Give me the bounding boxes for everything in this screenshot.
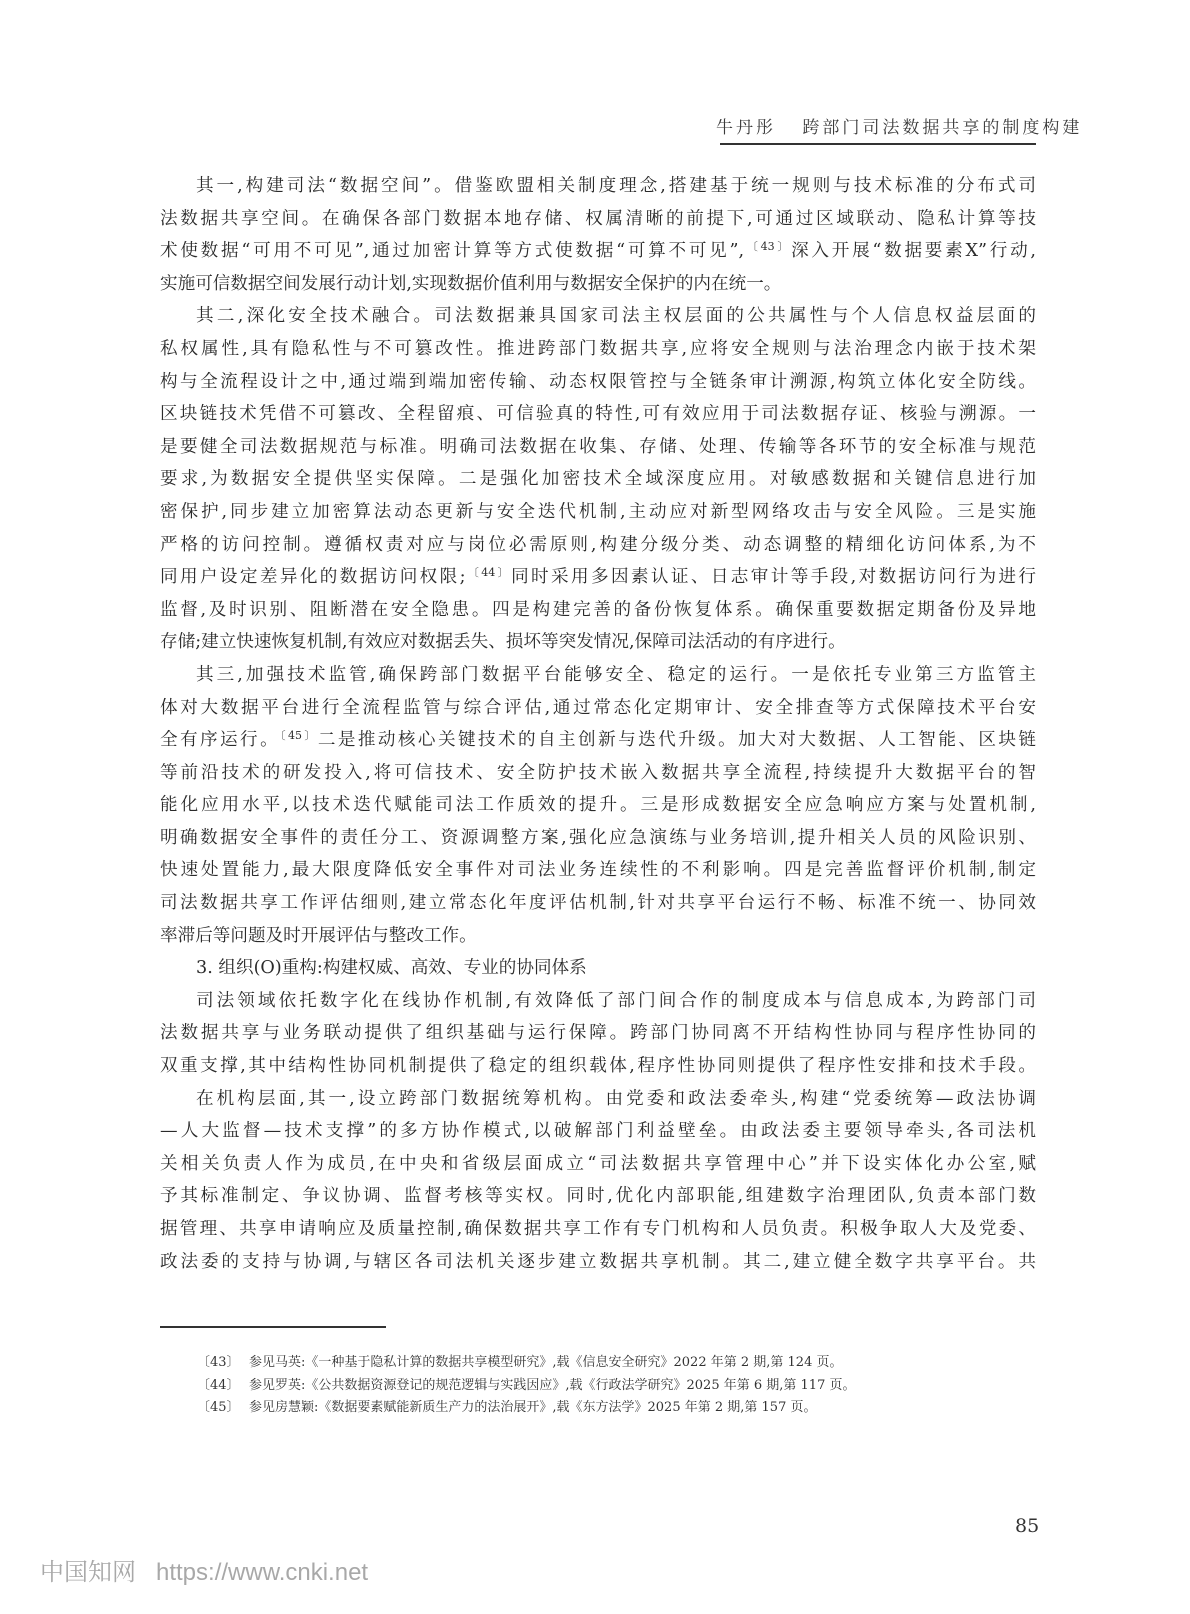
text-line: 存储;建立快速恢复机制,有效应对数据丢失、损坏等突发情况,保障司法活动的有序进行… bbox=[160, 626, 1036, 659]
text-line: 在机构层面,其一,设立跨部门数据统筹机构。由党委和政法委牵头,构建“党委统筹—政… bbox=[160, 1083, 1036, 1116]
text-span: 法数据共享与业务联动提供了组织基础与运行保障。跨部门协同离不开结构性协同与程序性… bbox=[160, 1023, 1036, 1043]
footnotes: 〔43〕参见马英:《一种基于隐私计算的数据共享模型研究》,载《信息安全研究》20… bbox=[197, 1352, 957, 1420]
text-line: 严格的访问控制。遵循权责对应与岗位必需原则,构建分级分类、动态调整的精细化访问体… bbox=[160, 529, 1036, 562]
text-line: 能化应用水平,以技术迭代赋能司法工作质效的提升。三是形成数据安全应急响应方案与处… bbox=[160, 789, 1036, 822]
text-line: 司法领域依托数字化在线协作机制,有效降低了部门间合作的制度成本与信息成本,为跨部… bbox=[160, 985, 1036, 1018]
text-line: 密保护,同步建立加密算法动态更新与安全迭代机制,主动应对新型网络攻击与安全风险。… bbox=[160, 496, 1036, 529]
text-span: 双重支撑,其中结构性协同机制提供了稳定的组织载体,程序性协同则提供了程序性安排和… bbox=[160, 1056, 1036, 1076]
text-span: 司法领域依托数字化在线协作机制,有效降低了部门间合作的制度成本与信息成本,为跨部… bbox=[196, 991, 1036, 1011]
text-line: 司法数据共享工作评估细则,建立常态化年度评估机制,针对共享平台运行不畅、标准不统… bbox=[160, 887, 1036, 920]
text-span: 全有序运行。 bbox=[160, 730, 280, 750]
watermark-name: 中国知网 bbox=[40, 1559, 136, 1586]
text-line: 双重支撑,其中结构性协同机制提供了稳定的组织载体,程序性协同则提供了程序性安排和… bbox=[160, 1050, 1036, 1083]
text-span: 关相关负责人作为成员,在中央和省级层面成立“司法数据共享管理中心”并下设实体化办… bbox=[160, 1154, 1036, 1174]
footnote-number: 〔45〕 bbox=[197, 1397, 249, 1420]
running-head-title: 跨部门司法数据共享的制度构建 bbox=[802, 118, 1082, 138]
footnote-rule bbox=[160, 1326, 386, 1328]
text-span: 私权属性,具有隐私性与不可篡改性。推进跨部门数据共享,应将安全规则与法治理念内嵌… bbox=[160, 339, 1036, 359]
text-span: —人大监督—技术支撑”的多方协作模式,以破解部门利益壁垒。由政法委主要领导牵头,… bbox=[160, 1121, 1036, 1141]
text-line: 予其标准制定、争议协调、监督考核等实权。同时,优化内部职能,组建数字治理团队,负… bbox=[160, 1180, 1036, 1213]
text-line: 其一,构建司法“数据空间”。借鉴欧盟相关制度理念,搭建基于统一规则与技术标准的分… bbox=[160, 170, 1036, 203]
watermark: 中国知网https://www.cnki.net bbox=[40, 1552, 368, 1587]
text-span: 同时采用多因素认证、日志审计等手段,对数据访问行为进行 bbox=[511, 567, 1036, 587]
text-span: 其二,深化安全技术融合。司法数据兼具国家司法主权层面的公共属性与个人信息权益层面… bbox=[196, 306, 1036, 326]
text-line: 术使数据“可用不可见”,通过加密计算等方式使数据“可算不可见”,〔43〕深入开展… bbox=[160, 235, 1036, 268]
text-span: 予其标准制定、争议协调、监督考核等实权。同时,优化内部职能,组建数字治理团队,负… bbox=[160, 1186, 1036, 1206]
text-line: 要求,为数据安全提供坚实保障。二是强化加密技术全域深度应用。对敏感数据和关键信息… bbox=[160, 463, 1036, 496]
text-span: 等前沿技术的研发投入,将可信技术、安全防护技术嵌入数据共享全流程,持续提升大数据… bbox=[160, 763, 1036, 783]
text-span: 严格的访问控制。遵循权责对应与岗位必需原则,构建分级分类、动态调整的精细化访问体… bbox=[160, 535, 1036, 555]
text-line: 快速处置能力,最大限度降低安全事件对司法业务连续性的不利影响。四是完善监督评价机… bbox=[160, 854, 1036, 887]
text-span: 3. 组织(O)重构:构建权威、高效、专业的协同体系 bbox=[196, 958, 587, 978]
text-line: 3. 组织(O)重构:构建权威、高效、专业的协同体系 bbox=[160, 952, 1036, 985]
watermark-url: https://www.cnki.net bbox=[156, 1559, 368, 1586]
text-span: 其一,构建司法“数据空间”。借鉴欧盟相关制度理念,搭建基于统一规则与技术标准的分… bbox=[196, 176, 1036, 196]
text-line: 据管理、共享申请响应及质量控制,确保数据共享工作有专门机构和人员负责。积极争取人… bbox=[160, 1213, 1036, 1246]
text-span: 明确数据安全事件的责任分工、资源调整方案,强化应急演练与业务培训,提升相关人员的… bbox=[160, 828, 1036, 848]
text-line: 其二,深化安全技术融合。司法数据兼具国家司法主权层面的公共属性与个人信息权益层面… bbox=[160, 300, 1036, 333]
text-line: 体对大数据平台进行全流程监管与综合评估,通过常态化定期审计、安全排查等方式保障技… bbox=[160, 692, 1036, 725]
text-line: 私权属性,具有隐私性与不可篡改性。推进跨部门数据共享,应将安全规则与法治理念内嵌… bbox=[160, 333, 1036, 366]
footnote-item: 〔45〕参见房慧颖:《数据要素赋能新质生产力的法治展开》,载《东方法学》2025… bbox=[197, 1397, 957, 1420]
text-line: 其三,加强技术监管,确保跨部门数据平台能够安全、稳定的运行。一是依托专业第三方监… bbox=[160, 659, 1036, 692]
footnote-text: 参见罗英:《公共数据资源登记的规范逻辑与实践因应》,载《行政法学研究》2025 … bbox=[249, 1378, 855, 1393]
page-number: 85 bbox=[1015, 1515, 1039, 1537]
text-line: 构与全流程设计之中,通过端到端加密传输、动态权限管控与全链条审计溯源,构筑立体化… bbox=[160, 366, 1036, 399]
text-span: 要求,为数据安全提供坚实保障。二是强化加密技术全域深度应用。对敏感数据和关键信息… bbox=[160, 469, 1036, 489]
text-line: 政法委的支持与协调,与辖区各司法机关逐步建立数据共享机制。其二,建立健全数字共享… bbox=[160, 1246, 1036, 1279]
text-span: 实施可信数据空间发展行动计划,实现数据价值利用与数据安全保护的内在统一。 bbox=[160, 274, 781, 294]
text-line: 率滞后等问题及时开展评估与整改工作。 bbox=[160, 920, 1036, 953]
text-span: 深入开展“数据要素X”行动, bbox=[791, 241, 1036, 261]
text-line: 法数据共享空间。在确保各部门数据本地存储、权属清晰的前提下,可通过区域联动、隐私… bbox=[160, 203, 1036, 236]
text-line: 明确数据安全事件的责任分工、资源调整方案,强化应急演练与业务培训,提升相关人员的… bbox=[160, 822, 1036, 855]
text-span: 同用户设定差异化的数据访问权限; bbox=[160, 567, 466, 587]
footnote-number: 〔44〕 bbox=[197, 1375, 249, 1398]
footnote-reference[interactable]: 〔45〕 bbox=[280, 729, 318, 742]
text-span: 率滞后等问题及时开展评估与整改工作。 bbox=[160, 926, 477, 946]
text-line: 关相关负责人作为成员,在中央和省级层面成立“司法数据共享管理中心”并下设实体化办… bbox=[160, 1148, 1036, 1181]
footnote-reference[interactable]: 〔43〕 bbox=[744, 240, 791, 253]
text-span: 密保护,同步建立加密算法动态更新与安全迭代机制,主动应对新型网络攻击与安全风险。… bbox=[160, 502, 1036, 522]
text-span: 构与全流程设计之中,通过端到端加密传输、动态权限管控与全链条审计溯源,构筑立体化… bbox=[160, 372, 1036, 392]
text-line: 同用户设定差异化的数据访问权限;〔44〕同时采用多因素认证、日志审计等手段,对数… bbox=[160, 561, 1036, 594]
text-span: 能化应用水平,以技术迭代赋能司法工作质效的提升。三是形成数据安全应急响应方案与处… bbox=[160, 795, 1036, 815]
footnote-item: 〔44〕参见罗英:《公共数据资源登记的规范逻辑与实践因应》,载《行政法学研究》2… bbox=[197, 1375, 957, 1398]
header-rule bbox=[720, 143, 1036, 145]
text-span: 据管理、共享申请响应及质量控制,确保数据共享工作有专门机构和人员负责。积极争取人… bbox=[160, 1219, 1036, 1239]
text-line: 全有序运行。〔45〕二是推动核心关键技术的自主创新与迭代升级。加大对大数据、人工… bbox=[160, 724, 1036, 757]
text-line: 实施可信数据空间发展行动计划,实现数据价值利用与数据安全保护的内在统一。 bbox=[160, 268, 1036, 301]
text-span: 是要健全司法数据规范与标准。明确司法数据在收集、存储、处理、传输等各环节的安全标… bbox=[160, 437, 1036, 457]
text-span: 在机构层面,其一,设立跨部门数据统筹机构。由党委和政法委牵头,构建“党委统筹—政… bbox=[196, 1089, 1036, 1109]
text-span: 存储;建立快速恢复机制,有效应对数据丢失、损坏等突发情况,保障司法活动的有序进行… bbox=[160, 632, 846, 652]
text-span: 其三,加强技术监管,确保跨部门数据平台能够安全、稳定的运行。一是依托专业第三方监… bbox=[196, 665, 1036, 685]
footnote-item: 〔43〕参见马英:《一种基于隐私计算的数据共享模型研究》,载《信息安全研究》20… bbox=[197, 1352, 957, 1375]
text-line: 法数据共享与业务联动提供了组织基础与运行保障。跨部门协同离不开结构性协同与程序性… bbox=[160, 1017, 1036, 1050]
text-line: —人大监督—技术支撑”的多方协作模式,以破解部门利益壁垒。由政法委主要领导牵头,… bbox=[160, 1115, 1036, 1148]
running-head-author: 牛丹彤 bbox=[716, 118, 776, 138]
text-span: 监督,及时识别、阻断潜在安全隐患。四是构建完善的备份恢复体系。确保重要数据定期备… bbox=[160, 600, 1036, 620]
text-span: 体对大数据平台进行全流程监管与综合评估,通过常态化定期审计、安全排查等方式保障技… bbox=[160, 698, 1036, 718]
text-line: 监督,及时识别、阻断潜在安全隐患。四是构建完善的备份恢复体系。确保重要数据定期备… bbox=[160, 594, 1036, 627]
footnote-text: 参见房慧颖:《数据要素赋能新质生产力的法治展开》,载《东方法学》2025 年第 … bbox=[249, 1400, 816, 1415]
footnote-reference[interactable]: 〔44〕 bbox=[466, 566, 512, 579]
text-span: 政法委的支持与协调,与辖区各司法机关逐步建立数据共享机制。其二,建立健全数字共享… bbox=[160, 1252, 1036, 1272]
text-span: 快速处置能力,最大限度降低安全事件对司法业务连续性的不利影响。四是完善监督评价机… bbox=[160, 860, 1036, 880]
text-span: 术使数据“可用不可见”,通过加密计算等方式使数据“可算不可见”, bbox=[160, 241, 744, 261]
body-text: 其一,构建司法“数据空间”。借鉴欧盟相关制度理念,搭建基于统一规则与技术标准的分… bbox=[160, 170, 1036, 1278]
text-line: 是要健全司法数据规范与标准。明确司法数据在收集、存储、处理、传输等各环节的安全标… bbox=[160, 431, 1036, 464]
footnote-number: 〔43〕 bbox=[197, 1352, 249, 1375]
text-span: 法数据共享空间。在确保各部门数据本地存储、权属清晰的前提下,可通过区域联动、隐私… bbox=[160, 209, 1036, 229]
text-line: 等前沿技术的研发投入,将可信技术、安全防护技术嵌入数据共享全流程,持续提升大数据… bbox=[160, 757, 1036, 790]
text-span: 二是推动核心关键技术的自主创新与迭代升级。加大对大数据、人工智能、区块链 bbox=[318, 730, 1036, 750]
text-span: 司法数据共享工作评估细则,建立常态化年度评估机制,针对共享平台运行不畅、标准不统… bbox=[160, 893, 1036, 913]
running-head: 牛丹彤 跨部门司法数据共享的制度构建 bbox=[716, 113, 1036, 138]
footnote-text: 参见马英:《一种基于隐私计算的数据共享模型研究》,载《信息安全研究》2022 年… bbox=[249, 1355, 842, 1370]
text-span: 区块链技术凭借不可篡改、全程留痕、可信验真的特性,可有效应用于司法数据存证、核验… bbox=[160, 404, 1036, 424]
text-line: 区块链技术凭借不可篡改、全程留痕、可信验真的特性,可有效应用于司法数据存证、核验… bbox=[160, 398, 1036, 431]
